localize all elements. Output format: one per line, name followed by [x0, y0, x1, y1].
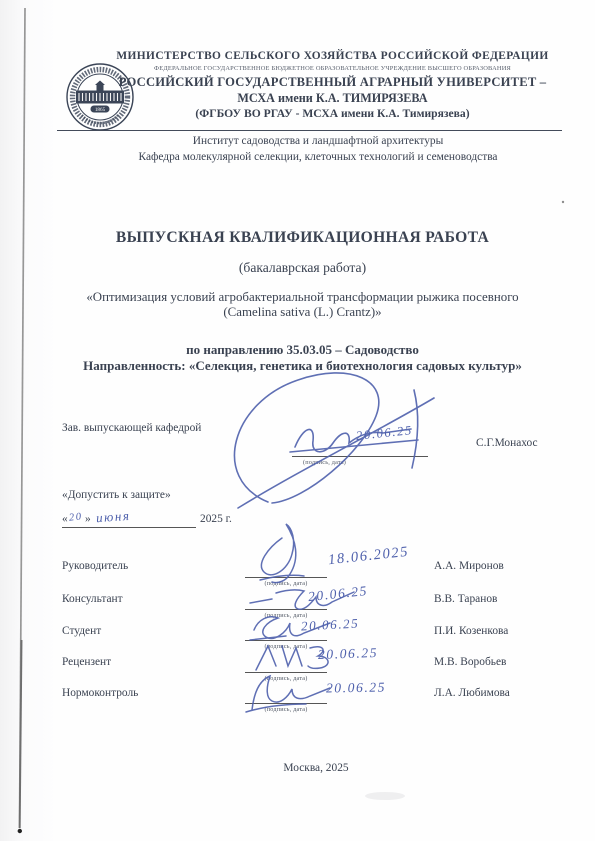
specialization: Направленность: «Селекция, генетика и би…	[20, 358, 585, 374]
handwritten-date: 20.06.25	[326, 679, 386, 696]
university-name-line2: МСХА имени К.А. ТИМИРЯЗЕВА	[90, 91, 575, 106]
study-direction: по направлению 35.03.05 – Садоводство	[20, 342, 585, 358]
header-divider	[57, 130, 562, 131]
admit-to-defense-label: «Допустить к защите»	[62, 489, 171, 501]
head-signature-caption: (подпись, дата)	[303, 459, 346, 466]
scanned-thesis-title-page: 1865 МИНИСТЕРСТВО СЕЛЬСКОГО ХОЗЯЙСТВА РО…	[0, 0, 595, 841]
signer-label-student: Студент	[62, 625, 101, 637]
signer-name: Л.А. Любимова	[434, 687, 510, 699]
signature-head-of-department	[234, 373, 434, 508]
admit-handwritten-day: 20	[68, 511, 83, 523]
admit-quote-open: «	[62, 513, 68, 525]
ministry-line: МИНИСТЕРСТВО СЕЛЬСКОГО ХОЗЯЙСТВА РОССИЙС…	[90, 50, 575, 62]
thesis-title-line2: (Camelina sativa (L.) Crantz)»	[20, 305, 585, 320]
thesis-title-line1: «Оптимизация условий агробактериальной т…	[20, 290, 585, 305]
signature-line	[245, 640, 327, 641]
signature-supervisor	[260, 524, 304, 583]
admit-handwritten-month: июня	[95, 508, 131, 526]
department-line: Кафедра молекулярной селекции, клеточных…	[40, 151, 595, 163]
signer-label-norm-control: Нормоконтроль	[62, 687, 138, 699]
signer-label-reviewer: Рецензент	[62, 656, 111, 668]
signature-caption: (подпись, дата)	[243, 706, 329, 713]
signer-label-supervisor: Руководитель	[62, 560, 128, 572]
work-subtype: (бакалаврская работа)	[20, 260, 585, 276]
signature-line	[245, 672, 327, 673]
admit-year: 2025 г.	[200, 513, 232, 525]
signature-caption: (подпись, дата)	[243, 675, 329, 682]
institute-line: Институт садоводства и ландшафтной архит…	[40, 135, 595, 147]
signature-caption: (подпись, дата)	[243, 643, 329, 650]
signer-name: П.И. Козенкова	[434, 625, 508, 637]
signature-line	[245, 609, 327, 610]
signer-name: А.А. Миронов	[434, 560, 504, 572]
work-type-title: ВЫПУСКНАЯ КВАЛИФИКАЦИОННАЯ РАБОТА	[20, 229, 585, 247]
handwritten-date: 18.06.2025	[327, 544, 410, 569]
admit-date-line	[62, 527, 196, 528]
signature-caption: (подпись, дата)	[243, 580, 329, 587]
head-name: С.Г.Монахос	[476, 437, 538, 449]
signer-name: М.В. Воробьев	[434, 656, 506, 668]
handwritten-date: 20.06.25	[301, 615, 360, 634]
fgbou-line: ФЕДЕРАЛЬНОЕ ГОСУДАРСТВЕННОЕ БЮДЖЕТНОЕ ОБ…	[90, 65, 575, 72]
signer-name: В.В. Таранов	[434, 593, 497, 605]
head-signature-line	[292, 456, 428, 457]
admit-quote-close: »	[85, 513, 91, 525]
handwritten-date: 20.06.25	[318, 645, 379, 663]
footer-city-year: Москва, 2025	[36, 762, 595, 774]
ink-and-artifacts-layer	[0, 0, 595, 841]
head-of-department-label: Зав. выпускающей кафедрой	[62, 422, 201, 434]
university-abbrev-line: (ФГБОУ ВО РГАУ - МСХА имени К.А. Тимиряз…	[90, 107, 575, 120]
signer-label-consultant: Консультант	[62, 593, 123, 605]
signature-line	[245, 703, 327, 704]
signature-line	[245, 577, 327, 578]
head-handwritten-date: 20.06.25	[355, 423, 413, 444]
university-name-line1: РОССИЙСКИЙ ГОСУДАРСТВЕННЫЙ АГРАРНЫЙ УНИВ…	[90, 75, 575, 90]
